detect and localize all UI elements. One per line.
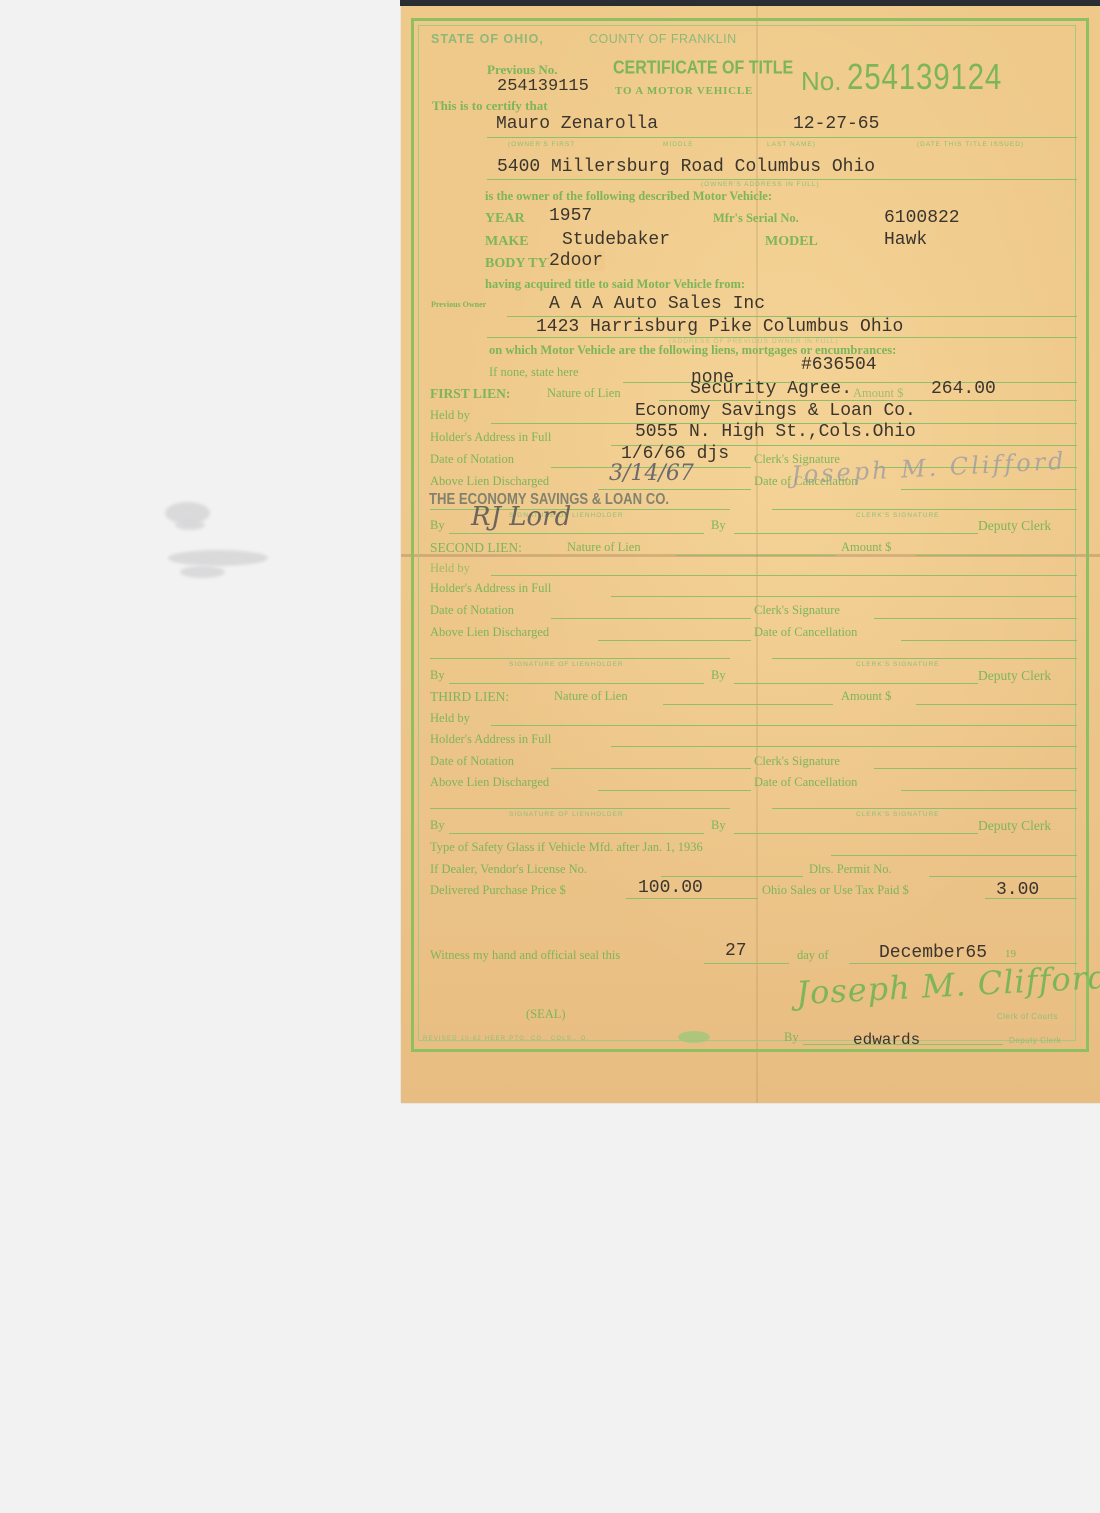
printer-imprint: REVISED 10-62 HEER PTG. CO., COLS., O. (423, 1036, 589, 1042)
third-notation-label: Date of Notation (430, 754, 514, 769)
first-amount-label: Amount $ (853, 386, 903, 401)
year-label: YEAR (485, 211, 525, 227)
witness-month-year: December65 (879, 943, 987, 963)
first-amount: 264.00 (931, 379, 996, 399)
rule (598, 640, 751, 641)
first-address-label: Holder's Address in Full (430, 430, 551, 445)
rule (734, 683, 978, 684)
second-cancellation-label: Date of Cancellation (754, 625, 857, 640)
prev-owner-name: A A A Auto Sales Inc (549, 294, 765, 314)
first-discharged-date: 3/14/67 (609, 461, 694, 486)
third-deputy-label: Deputy Clerk (978, 818, 1051, 834)
rule (551, 618, 751, 619)
day-of-label: day of (797, 948, 829, 963)
caption-date: (DATE THIS TITLE ISSUED) (917, 141, 1024, 148)
first-nature-label: Nature of Lien (547, 386, 621, 401)
second-deputy-label: Deputy Clerk (978, 668, 1051, 684)
certificate-subtitle: TO A MOTOR VEHICLE (615, 85, 753, 97)
previous-no-label: Previous No. (487, 62, 558, 78)
rule (929, 876, 1077, 877)
second-notation-label: Date of Notation (430, 603, 514, 618)
witness-day: 27 (725, 941, 747, 961)
rule (985, 898, 1077, 899)
cert-no-label: No. (801, 66, 841, 97)
rule (611, 746, 1077, 747)
first-by-label: By (430, 518, 445, 533)
safety-glass-label: Type of Safety Glass if Vehicle Mfd. aft… (430, 840, 703, 855)
caption-last: LAST NAME) (767, 141, 816, 148)
third-cancellation-label: Date of Cancellation (754, 775, 857, 790)
third-clerk-sig-label: Clerk's Signature (754, 754, 840, 769)
rule (772, 509, 1077, 510)
rule (901, 640, 1077, 641)
date-issued: 12-27-65 (793, 114, 879, 134)
owner-name: Mauro Zenarolla (496, 114, 658, 134)
third-sig-lienholder-caption: SIGNATURE OF LIENHOLDER (509, 811, 624, 818)
first-sig-clerk-caption: CLERK'S SIGNATURE (856, 512, 940, 519)
third-address-label: Holder's Address in Full (430, 732, 551, 747)
vendor-license-label: If Dealer, Vendor's License No. (430, 862, 587, 877)
second-sig-clerk-caption: CLERK'S SIGNATURE (856, 661, 940, 668)
scan-smudge (180, 566, 225, 578)
third-discharged-label: Above Lien Discharged (430, 775, 549, 790)
rule (449, 833, 704, 834)
first-held-by: Economy Savings & Loan Co. (635, 401, 916, 421)
rule (916, 704, 1077, 705)
union-label-icon (678, 1031, 710, 1043)
dlrs-permit-label: Dlrs. Permit No. (809, 862, 892, 877)
rule (704, 963, 789, 964)
vehicle-intro: is the owner of the following described … (485, 189, 772, 204)
third-held-label: Held by (430, 711, 470, 726)
rule (491, 575, 1077, 576)
second-clerk-sig-label: Clerk's Signature (754, 603, 840, 618)
second-lien-heading: SECOND LIEN: (430, 540, 522, 556)
lienholder-signature: RJ Lord (471, 502, 571, 532)
price-label: Delivered Purchase Price $ (430, 883, 566, 898)
second-address-label: Holder's Address in Full (430, 581, 551, 596)
title-certificate: STATE OF OHIO, COUNTY OF FRANKLIN Previo… (401, 6, 1100, 1103)
purchase-price: 100.00 (638, 878, 703, 898)
rule (676, 555, 836, 556)
second-by-label: By (430, 668, 445, 683)
deputy-name: edwards (853, 1031, 920, 1049)
witness-text: Witness my hand and official seal this (430, 948, 620, 963)
vehicle-serial: 6100822 (884, 208, 960, 228)
jurisdiction-state: STATE OF OHIO, (431, 32, 544, 46)
previous-no: 254139115 (497, 77, 589, 96)
prev-owner-label: Previous Owner (431, 300, 486, 309)
second-amount-label: Amount $ (841, 540, 891, 555)
rule (734, 533, 978, 534)
scan-smudge (168, 550, 268, 566)
rule (901, 790, 1077, 791)
none-label: If none, state here (489, 365, 579, 380)
third-lien-heading: THIRD LIEN: (430, 689, 509, 705)
model-label: MODEL (765, 234, 818, 250)
third-by-label-2: By (711, 818, 726, 833)
rule (734, 833, 978, 834)
serial-label: Mfr's Serial No. (713, 211, 799, 226)
first-lien-heading: FIRST LIEN: (430, 386, 510, 402)
rule (487, 179, 1077, 180)
first-nature: Security Agree. (690, 379, 852, 399)
vehicle-body: 2door (549, 251, 605, 271)
rule (626, 898, 758, 899)
first-address: 5055 N. High St.,Cols.Ohio (635, 422, 916, 442)
second-discharged-label: Above Lien Discharged (430, 625, 549, 640)
rule (487, 137, 1077, 138)
rule (916, 555, 1077, 556)
certificate-title: CERTIFICATE OF TITLE (613, 59, 793, 80)
rule (491, 725, 1077, 726)
first-deputy-label: Deputy Clerk (978, 518, 1051, 534)
rule (449, 683, 704, 684)
second-nature-label: Nature of Lien (567, 540, 641, 555)
caption-first: (OWNER'S FIRST (508, 141, 575, 148)
certify-text: This is to certify that (432, 98, 548, 114)
tax-label: Ohio Sales or Use Tax Paid $ (762, 883, 909, 898)
deputy-by-label: By (784, 1030, 799, 1045)
jurisdiction-county: COUNTY OF FRANKLIN (589, 32, 737, 46)
rule (598, 790, 751, 791)
rule (611, 596, 1077, 597)
owner-address: 5400 Millersburg Road Columbus Ohio (497, 157, 875, 177)
caption-middle: MIDDLE (663, 141, 694, 148)
rule (874, 618, 1077, 619)
rule (772, 658, 1077, 659)
rule (874, 768, 1077, 769)
rule (901, 489, 1077, 490)
first-notation-label: Date of Notation (430, 452, 514, 467)
vehicle-year: 1957 (549, 206, 592, 226)
rule (430, 658, 730, 659)
make-label: MAKE (485, 234, 529, 250)
third-amount-label: Amount $ (841, 689, 891, 704)
scan-smudge (175, 520, 205, 530)
rule (430, 808, 730, 809)
second-sig-lienholder-caption: SIGNATURE OF LIENHOLDER (509, 661, 624, 668)
third-nature-label: Nature of Lien (554, 689, 628, 704)
second-by-label-2: By (711, 668, 726, 683)
year-prefix: 19 (1005, 948, 1016, 960)
rule (598, 489, 751, 490)
rule (772, 808, 1077, 809)
vehicle-model: Hawk (884, 230, 927, 250)
rule (661, 876, 803, 877)
rule (663, 704, 833, 705)
clerk-caption: Clerk of Courts (997, 1012, 1058, 1021)
lien-ref-no: #636504 (801, 355, 877, 375)
seal-label: (SEAL) (526, 1007, 566, 1022)
rule (449, 533, 704, 534)
first-held-label: Held by (430, 408, 470, 423)
certificate-number: 254139124 (847, 56, 1002, 98)
prev-owner-address: 1423 Harrisburg Pike Columbus Ohio (536, 317, 903, 337)
second-held-label: Held by (430, 561, 470, 576)
rule (551, 768, 751, 769)
first-by-label-2: By (711, 518, 726, 533)
caption-address: (OWNER'S ADDRESS IN FULL) (701, 181, 820, 188)
rule (831, 855, 1077, 856)
vehicle-make: Studebaker (562, 230, 670, 250)
tax-paid: 3.00 (996, 880, 1039, 900)
third-sig-clerk-caption: CLERK'S SIGNATURE (856, 811, 940, 818)
third-by-label: By (430, 818, 445, 833)
deputy-caption: Deputy Clerk (1009, 1036, 1061, 1045)
first-discharged-label: Above Lien Discharged (430, 474, 549, 489)
prev-owner-intro: having acquired title to said Motor Vehi… (485, 277, 745, 292)
